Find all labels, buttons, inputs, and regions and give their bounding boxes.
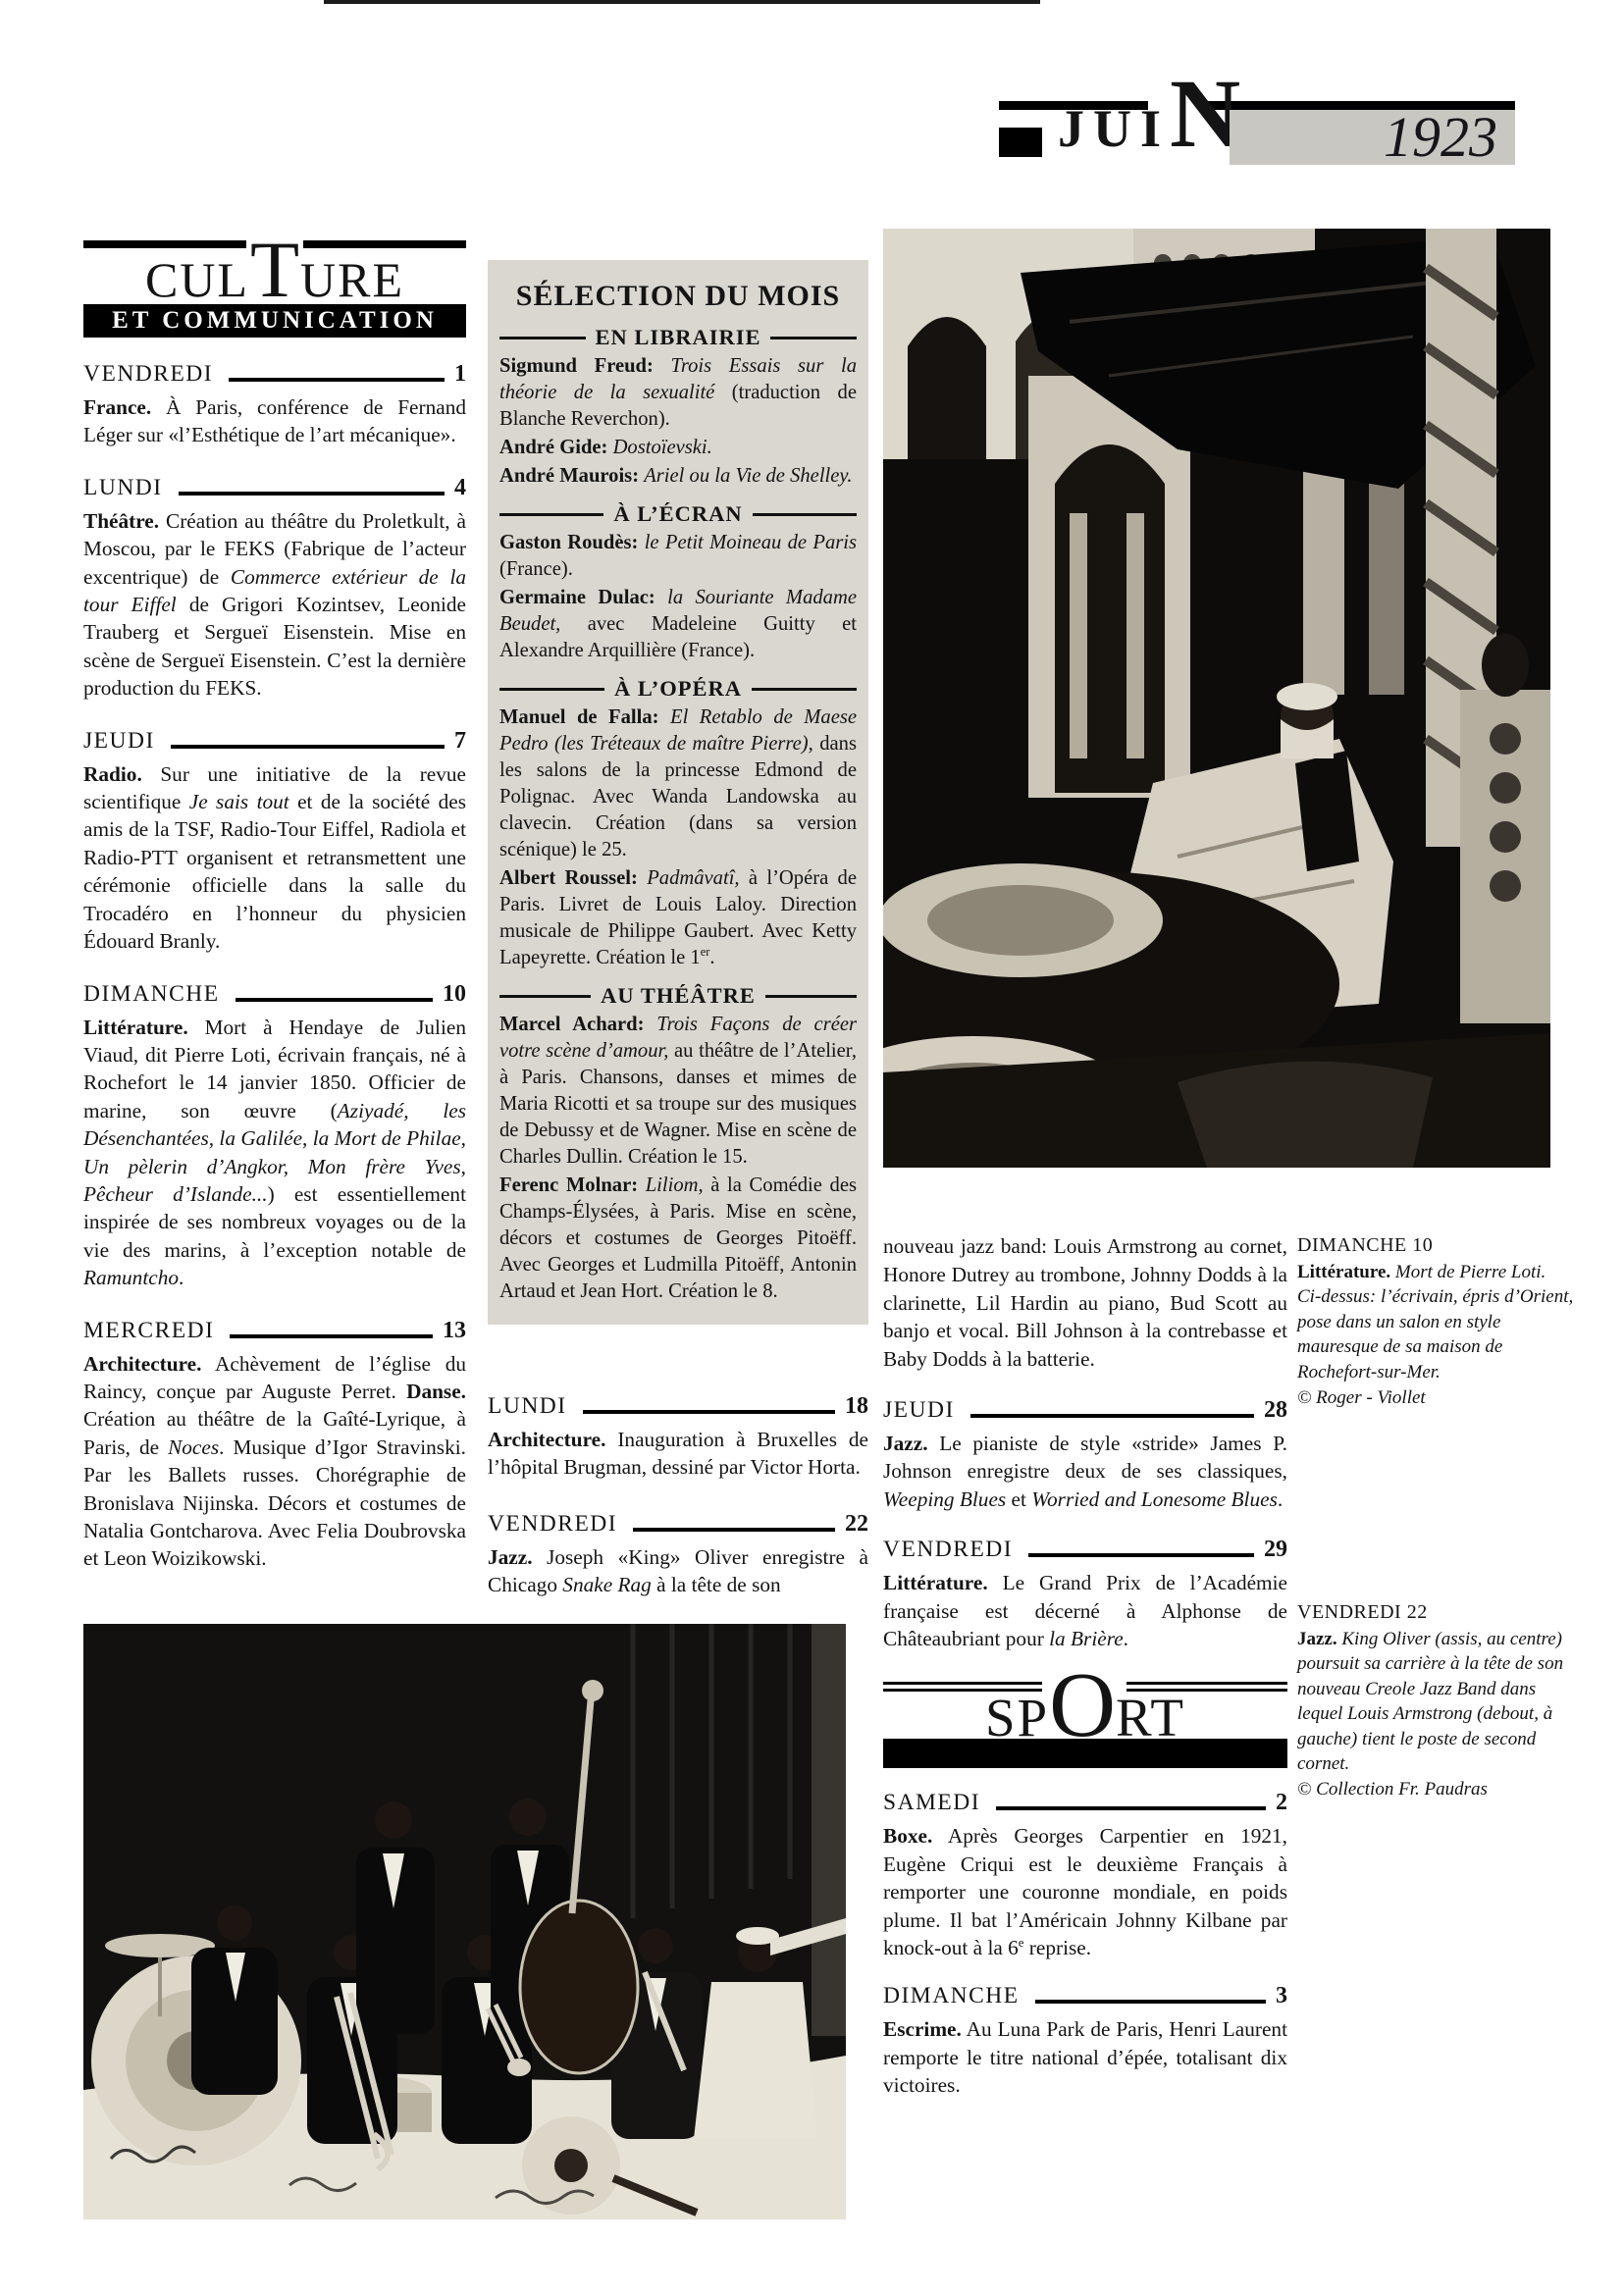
day-rule <box>179 492 445 496</box>
caption-heading: VENDREDI 22 <box>1297 1601 1574 1624</box>
entry-body: Littérature. Le Grand Prix de l’Académie… <box>883 1569 1287 1652</box>
entry-body: Architecture. Inauguration à Bruxelles d… <box>488 1426 868 1482</box>
entry-day-row: VENDREDI 1 <box>83 361 466 387</box>
day-rule <box>970 1414 1254 1418</box>
entry-body: Jazz. Joseph «King» Oliver enregistre à … <box>488 1543 868 1599</box>
day-label: DIMANCHE <box>883 1983 1020 2008</box>
day-rule <box>1028 1553 1254 1557</box>
culture-title-pre: CUL <box>145 252 249 307</box>
entry-body: Théâtre. Création au théâtre du Proletku… <box>83 507 466 703</box>
day-label: VENDREDI <box>883 1537 1013 1562</box>
day-number: 4 <box>454 475 466 500</box>
section-title: EN LIBRAIRIE <box>596 325 761 350</box>
day-label: JEUDI <box>883 1397 955 1423</box>
jazz-band-continuation: nouveau jazz band: Louis Armstrong au co… <box>883 1232 1287 1374</box>
culture-column: CULTURE ET COMMUNICATION VENDREDI 1 Fran… <box>83 240 466 1573</box>
entry-body: Radio. Sur une initiative de la revue sc… <box>83 760 466 956</box>
day-number: 2 <box>1276 1790 1287 1815</box>
day-rule <box>171 745 445 749</box>
loti-photo <box>883 229 1550 1168</box>
loti-photo-art <box>883 229 1550 1168</box>
day-number: 22 <box>845 1511 868 1537</box>
sport-masthead: SPORT <box>883 1682 1287 1768</box>
selection-item: Gaston Roudès: le Petit Moineau de Paris… <box>499 530 857 583</box>
entry-day-row: LUNDI 18 <box>488 1393 868 1419</box>
middle-column-lower: LUNDI 18 Architecture. Inauguration à Br… <box>488 1372 868 1599</box>
day-label: DIMANCHE <box>83 981 220 1007</box>
culture-title-post: URE <box>300 252 404 307</box>
entry-vendredi-22: VENDREDI 22 Jazz. Joseph «King» Oliver e… <box>488 1511 868 1599</box>
day-number: 13 <box>443 1318 466 1343</box>
entry-mercredi-13: MERCREDI 13 Architecture. Achèvement de … <box>83 1318 466 1573</box>
section-head-ecran: À L’ÉCRAN <box>499 501 857 527</box>
day-number: 18 <box>845 1393 868 1419</box>
year-label: 1923 <box>1384 109 1497 166</box>
right-column: nouveau jazz band: Louis Armstrong au co… <box>883 1232 1287 2100</box>
caption-loti: DIMANCHE 10 Littérature. Mort de Pierre … <box>1297 1234 1574 1409</box>
scan-edge-line <box>324 0 1040 4</box>
day-number: 3 <box>1276 1983 1287 2008</box>
entry-vendredi-29: VENDREDI 29 Littérature. Le Grand Prix d… <box>883 1537 1287 1652</box>
section-head-theatre: AU THÉÂTRE <box>499 983 857 1009</box>
section-head-opera: À L’OPÉRA <box>499 676 857 702</box>
entry-day-row: JEUDI 7 <box>83 728 466 754</box>
section-title: À L’OPÉRA <box>614 676 742 702</box>
day-label: LUNDI <box>83 475 163 500</box>
entry-samedi-2: SAMEDI 2 Boxe. Après Georges Carpentier … <box>883 1790 1287 1961</box>
selection-item: Ferenc Molnar: Liliom, à la Comédie des … <box>499 1173 857 1305</box>
jazz-band-photo <box>83 1624 846 2219</box>
month-title: JUIN <box>1058 65 1240 178</box>
selection-item: Germaine Dulac: la Souriante Madame Beud… <box>499 585 857 664</box>
day-label: VENDREDI <box>83 361 213 387</box>
entry-day-row: JEUDI 28 <box>883 1397 1287 1423</box>
day-rule <box>633 1528 835 1532</box>
selection-item: Manuel de Falla: El Retablo de Maese Ped… <box>499 704 857 863</box>
captions-column: DIMANCHE 10 Littérature. Mort de Pierre … <box>1297 1234 1574 1800</box>
entry-day-row: DIMANCHE 3 <box>883 1983 1287 2008</box>
day-label: VENDREDI <box>488 1511 617 1537</box>
caption-body: Littérature. Mort de Pierre Loti. Ci-des… <box>1297 1260 1574 1384</box>
entry-day-row: DIMANCHE 10 <box>83 981 466 1007</box>
day-number: 10 <box>443 981 466 1007</box>
section-head-librairie: EN LIBRAIRIE <box>499 325 857 350</box>
culture-title: CULTURE <box>83 242 466 297</box>
sport-masthead-rules <box>883 1682 1287 1693</box>
entry-body: Boxe. Après Georges Carpentier en 1921, … <box>883 1822 1287 1961</box>
photo-credit: © Roger - Viollet <box>1297 1387 1574 1409</box>
entry-body: Architecture. Achèvement de l’église du … <box>83 1350 466 1573</box>
entry-body: Jazz. Le pianiste de style «stride» Jame… <box>883 1430 1287 1513</box>
day-number: 7 <box>454 728 466 754</box>
day-number: 1 <box>454 361 466 387</box>
day-rule <box>236 998 433 1002</box>
day-label: JEUDI <box>83 728 155 754</box>
sport-title-pre: SP <box>985 1690 1049 1747</box>
photo-credit: © Collection Fr. Paudras <box>1297 1779 1574 1800</box>
entry-jeudi-7: JEUDI 7 Radio. Sur une initiative de la … <box>83 728 466 956</box>
day-label: SAMEDI <box>883 1790 980 1815</box>
entry-body: Littérature. Mort à Hendaye de Julien Vi… <box>83 1014 466 1292</box>
entry-body: Escrime. Au Luna Park de Paris, Henri La… <box>883 2015 1287 2099</box>
entry-vendredi-1: VENDREDI 1 France. À Paris, conférence d… <box>83 361 466 449</box>
entry-jeudi-28: JEUDI 28 Jazz. Le pianiste de style «str… <box>883 1397 1287 1513</box>
selection-item: Marcel Achard: Trois Façons de créer vot… <box>499 1012 857 1171</box>
entry-lundi-18: LUNDI 18 Architecture. Inauguration à Br… <box>488 1393 868 1482</box>
caption-body: Jazz. King Oliver (assis, au centre) pou… <box>1297 1627 1574 1776</box>
selection-item: Sigmund Freud: Trois Essais sur la théor… <box>499 353 857 433</box>
selection-du-mois-panel: SÉLECTION DU MOIS EN LIBRAIRIE Sigmund F… <box>488 260 868 1325</box>
day-rule <box>583 1410 835 1414</box>
selection-item: André Gide: Dostoïevski. <box>499 435 857 461</box>
jazz-band-photo-art <box>83 1624 846 2219</box>
entry-body: France. À Paris, conférence de Fernand L… <box>83 393 466 449</box>
entry-day-row: MERCREDI 13 <box>83 1318 466 1343</box>
magazine-page: JUIN 1923 CULTURE ET COMMUNICATION VENDR… <box>0 0 1624 2295</box>
day-rule <box>1035 2000 1266 2004</box>
section-title: À L’ÉCRAN <box>613 501 742 527</box>
month-bullet-square <box>999 128 1042 157</box>
entry-dimanche-3: DIMANCHE 3 Escrime. Au Luna Park de Pari… <box>883 1983 1287 2099</box>
culture-masthead-rules <box>83 240 466 248</box>
selection-item: Albert Roussel: Padmâvatî, à l’Opéra de … <box>499 865 857 971</box>
day-rule <box>230 1334 433 1338</box>
caption-king-oliver: VENDREDI 22 Jazz. King Oliver (assis, au… <box>1297 1601 1574 1800</box>
culture-subtitle-bar: ET COMMUNICATION <box>83 304 466 338</box>
entry-lundi-4: LUNDI 4 Théâtre. Création au théâtre du … <box>83 475 466 703</box>
month-title-pre: JUI <box>1058 79 1170 178</box>
day-rule <box>229 378 445 382</box>
year-box: 1923 <box>1230 110 1515 165</box>
day-label: MERCREDI <box>83 1318 214 1343</box>
day-number: 28 <box>1264 1397 1287 1423</box>
entry-day-row: SAMEDI 2 <box>883 1790 1287 1815</box>
selection-item: André Maurois: Ariel ou la Vie de Shelle… <box>499 463 857 490</box>
sport-title-post: RT <box>1116 1690 1185 1747</box>
section-title: AU THÉÂTRE <box>601 983 756 1009</box>
day-label: LUNDI <box>488 1393 567 1419</box>
entry-day-row: LUNDI 4 <box>83 475 466 500</box>
sport-entries: SAMEDI 2 Boxe. Après Georges Carpentier … <box>883 1790 1287 2099</box>
day-rule <box>996 1806 1266 1810</box>
entry-day-row: VENDREDI 29 <box>883 1537 1287 1562</box>
caption-heading: DIMANCHE 10 <box>1297 1234 1574 1257</box>
selection-title: SÉLECTION DU MOIS <box>499 280 857 313</box>
culture-title-big-letter: T <box>250 242 299 297</box>
culture-masthead: CULTURE ET COMMUNICATION <box>83 240 466 338</box>
day-number: 29 <box>1264 1537 1287 1562</box>
entry-dimanche-10: DIMANCHE 10 Littérature. Mort à Hendaye … <box>83 981 466 1292</box>
entry-day-row: VENDREDI 22 <box>488 1511 868 1537</box>
